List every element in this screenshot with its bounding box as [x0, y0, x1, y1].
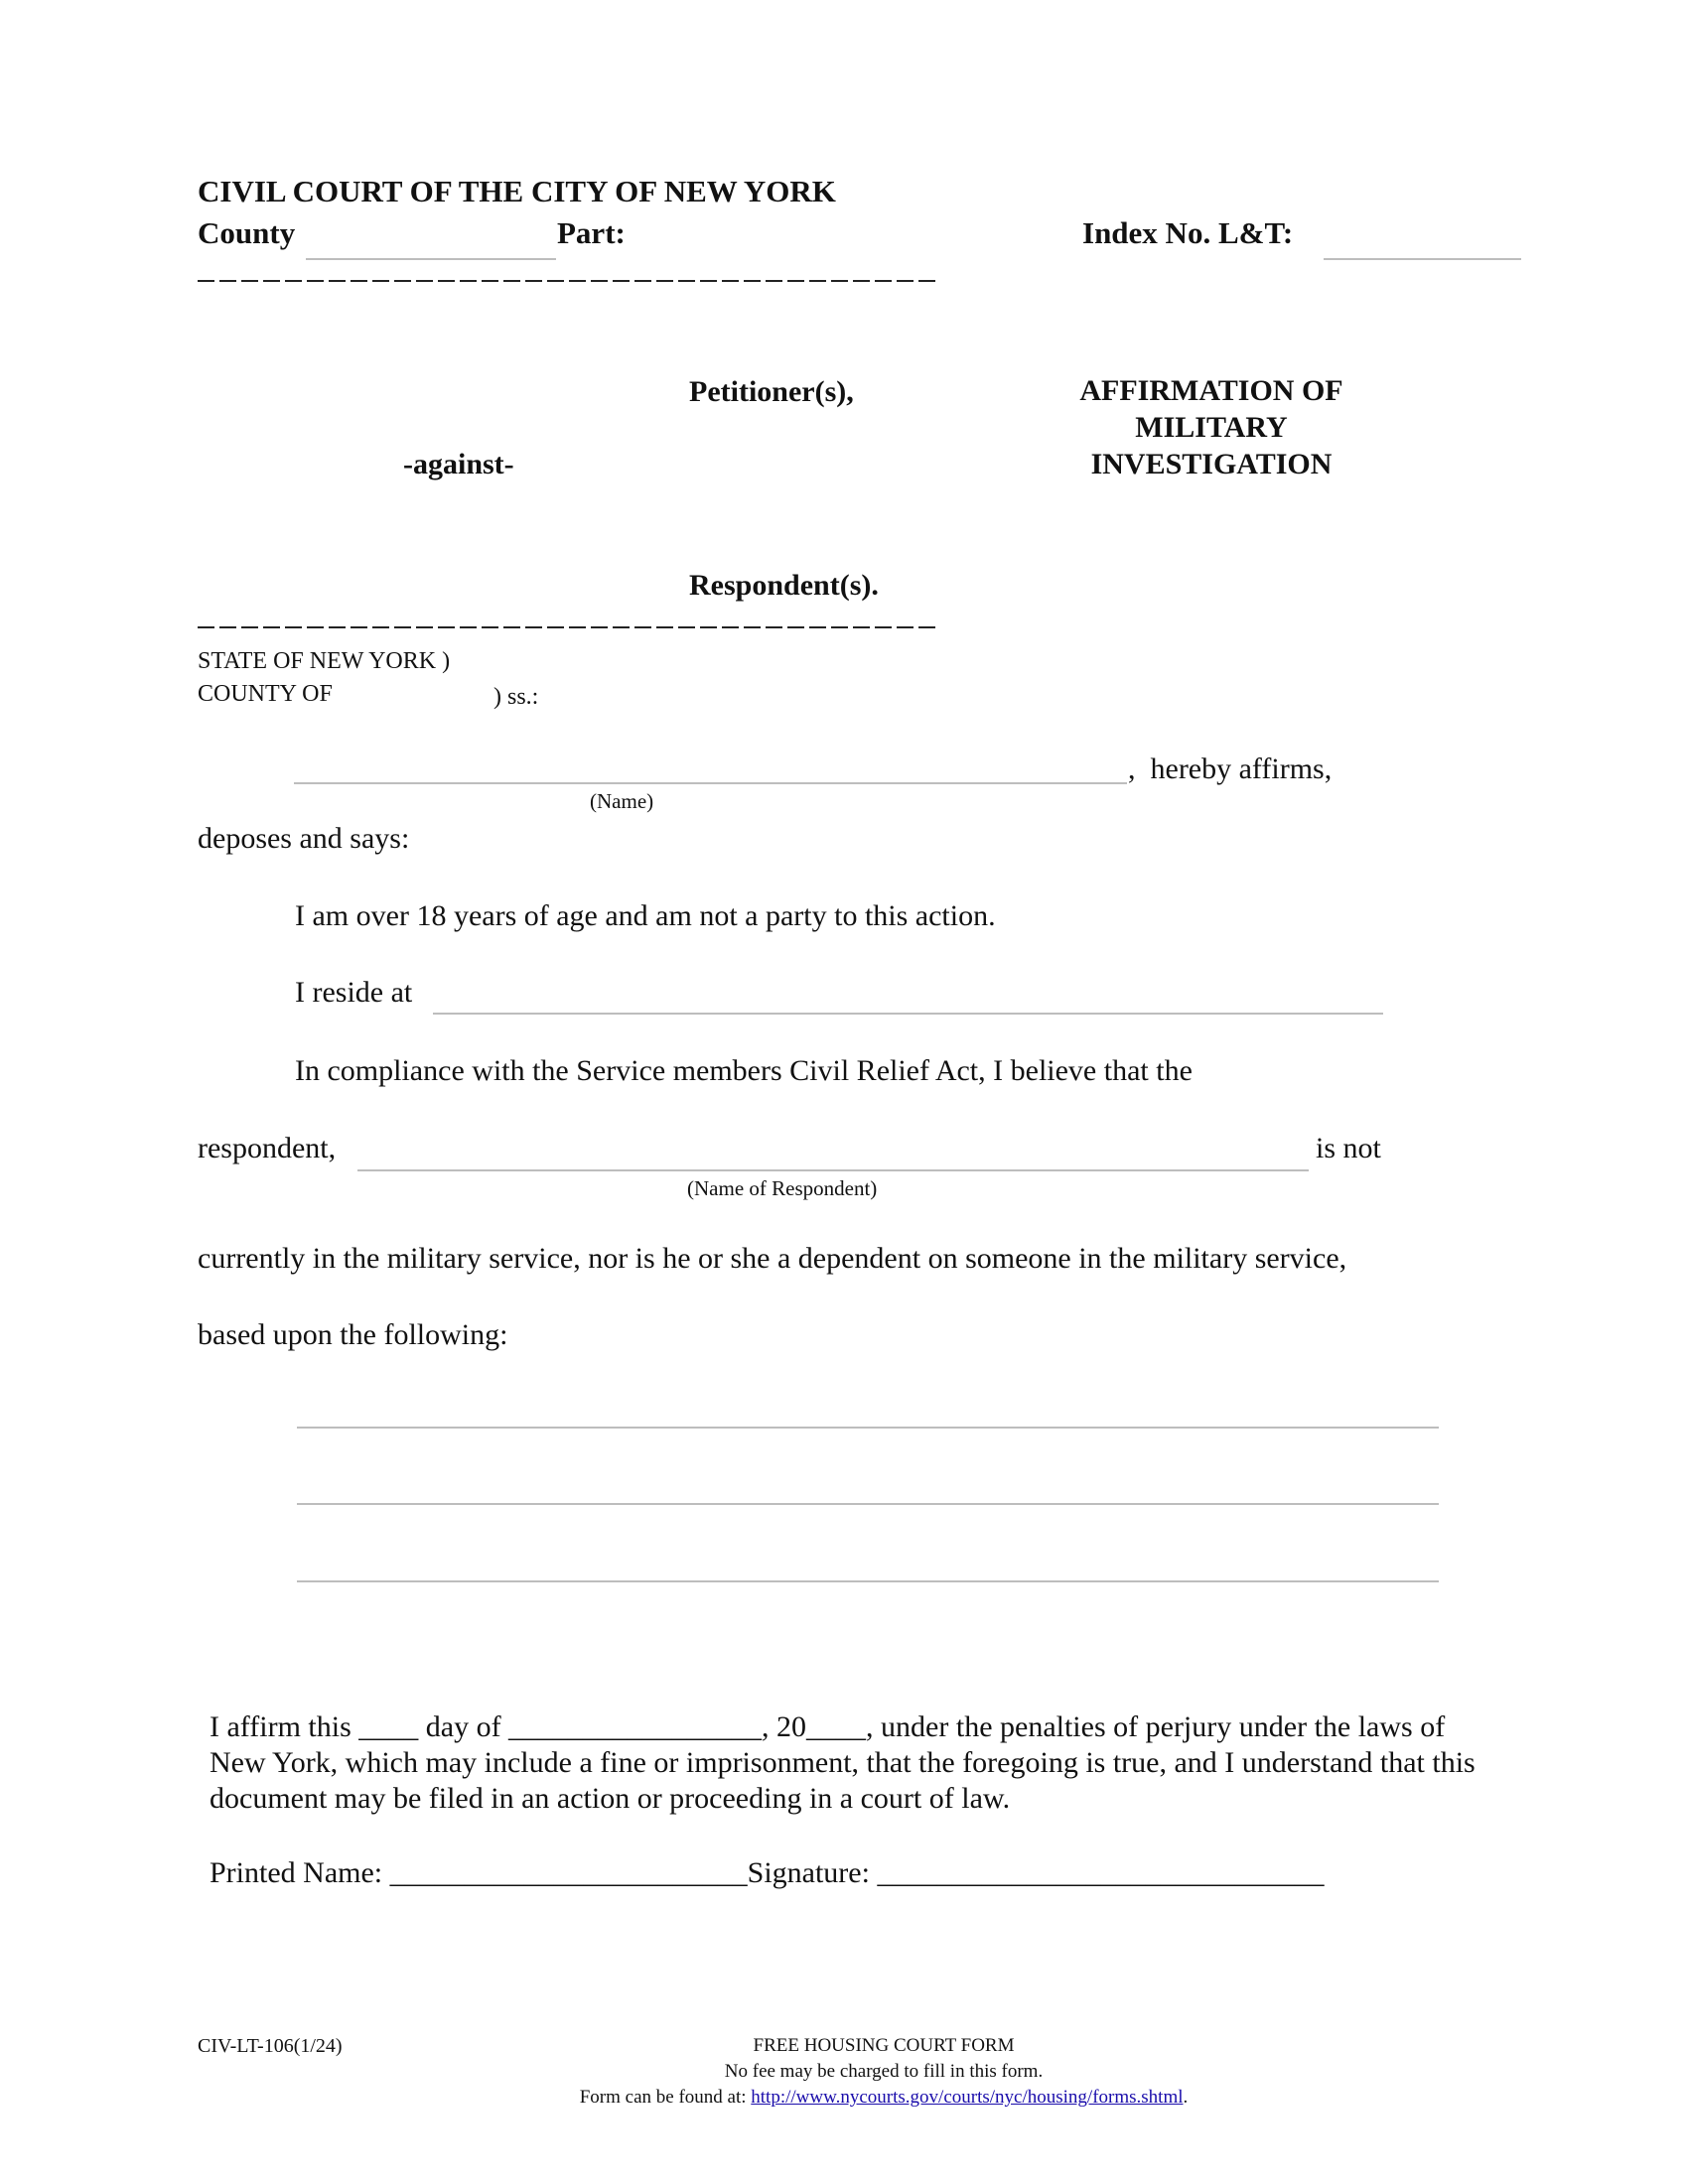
respondent-label: Respondent(s).: [689, 571, 879, 601]
venue-state: STATE OF NEW YORK ): [198, 649, 450, 673]
part-label: Part:: [557, 217, 626, 248]
document-title-line-2: MILITARY: [1033, 409, 1390, 446]
printed-name-field[interactable]: ________________________: [390, 1856, 748, 1889]
found-at-label: Form can be found at:: [580, 2087, 752, 2108]
printed-name-label: Printed Name:: [210, 1856, 382, 1889]
is-not-text: is not: [1316, 1134, 1381, 1163]
affiant-name-line: [294, 782, 1127, 784]
caption-top-divider: [198, 280, 936, 282]
basis-line-3: [297, 1580, 1439, 1582]
based-upon-text: based upon the following:: [198, 1320, 507, 1350]
free-form-text: FREE HOUSING COURT FORM: [536, 2033, 1231, 2059]
found-at-row: Form can be found at: http://www.nycourt…: [536, 2085, 1231, 2111]
county-label: County: [198, 217, 295, 248]
no-fee-text: No fee may be charged to fill in this fo…: [536, 2059, 1231, 2085]
venue-ss-text: ) ss.:: [493, 684, 538, 710]
basis-line-1: [297, 1427, 1439, 1429]
against-label: -against-: [403, 450, 514, 479]
document-title: AFFIRMATION OF MILITARY INVESTIGATION: [1033, 372, 1390, 482]
compliance-text: In compliance with the Service members C…: [295, 1056, 1193, 1086]
respondent-name-line: [357, 1169, 1309, 1171]
caption-bottom-divider: [198, 626, 936, 628]
signature-field[interactable]: ______________________________: [877, 1856, 1324, 1889]
respondent-inline-label: respondent,: [198, 1134, 336, 1163]
reside-field-line: [433, 1013, 1383, 1015]
form-id: CIV-LT-106(1/24): [198, 2033, 343, 2059]
trailing-period: .: [1184, 2087, 1189, 2108]
venue-ss: ) ss.:: [493, 685, 538, 709]
affirmation-statement: I affirm this ____ day of ______________…: [210, 1709, 1500, 1817]
name-caption: (Name): [590, 791, 653, 812]
basis-line-2: [297, 1503, 1439, 1505]
document-title-line-1: AFFIRMATION OF: [1033, 372, 1390, 409]
printed-name-row: Printed Name: ________________________Si…: [210, 1858, 1324, 1888]
court-title: CIVIL COURT OF THE CITY OF NEW YORK: [198, 176, 836, 206]
index-label: Index No. L&T:: [1082, 217, 1293, 248]
venue-county-label: COUNTY OF: [198, 682, 333, 706]
document-title-line-3: INVESTIGATION: [1033, 446, 1390, 482]
county-field-line: [306, 258, 556, 260]
respondent-name-caption: (Name of Respondent): [687, 1178, 877, 1199]
footer-notice: FREE HOUSING COURT FORM No fee may be ch…: [536, 2033, 1231, 2111]
deposes-text: deposes and says:: [198, 824, 409, 854]
signature-label: Signature:: [748, 1856, 870, 1889]
age-statement: I am over 18 years of age and am not a p…: [295, 901, 996, 931]
military-statement: currently in the military service, nor i…: [198, 1244, 1346, 1274]
petitioner-label: Petitioner(s),: [689, 377, 854, 407]
form-url-link[interactable]: http://www.nycourts.gov/courts/nyc/housi…: [751, 2087, 1183, 2108]
reside-label: I reside at: [295, 978, 412, 1008]
index-field-line: [1324, 258, 1521, 260]
hereby-affirms-text: , hereby affirms,: [1128, 754, 1332, 784]
